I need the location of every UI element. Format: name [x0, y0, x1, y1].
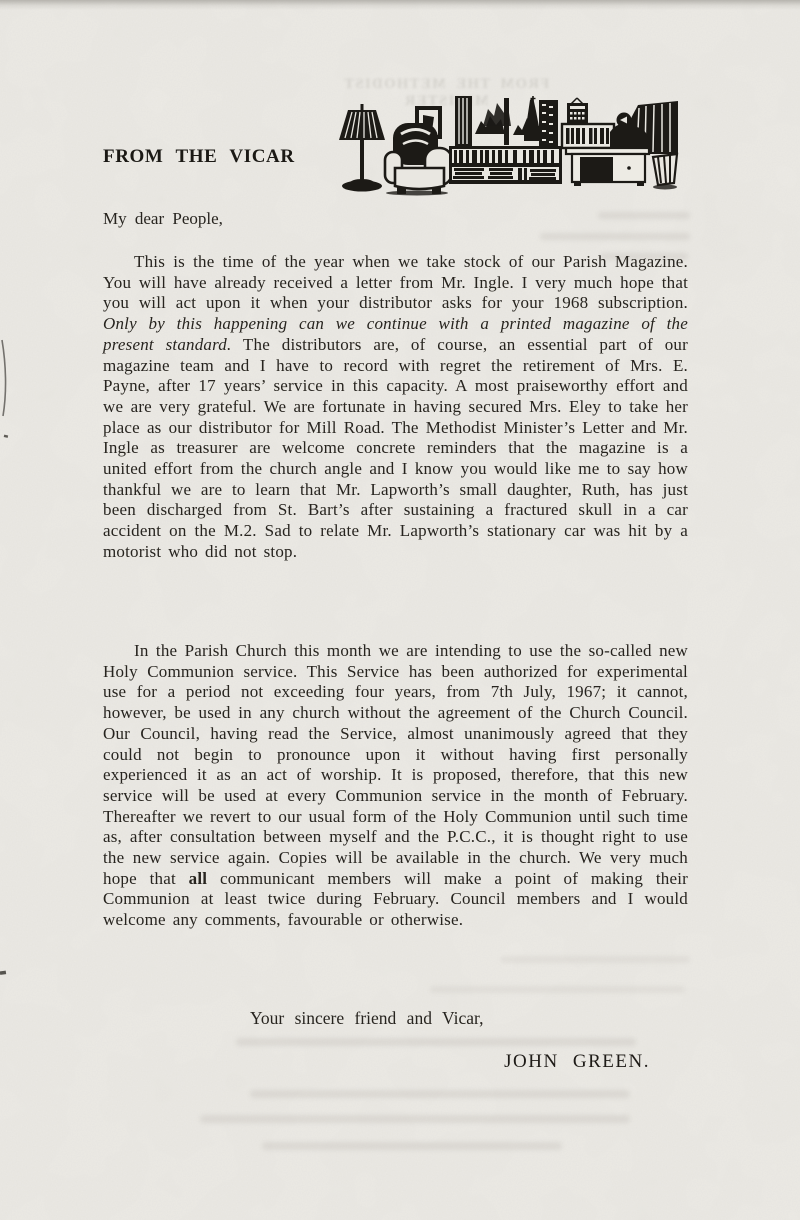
bleed-smudge: [598, 212, 690, 219]
salutation: My dear People,: [103, 209, 223, 229]
tall-bookcase-icon: [539, 100, 558, 150]
floor-lamp-icon: [339, 104, 385, 192]
scan-edge-marks: [0, 0, 40, 1220]
paragraph-magazine: This is the time of the year when we tak…: [103, 252, 688, 563]
window-scene-icon: [455, 96, 541, 146]
wall-calendar-icon: [567, 98, 588, 124]
bleed-smudge: [540, 233, 690, 240]
bleed-smudge: [200, 1115, 630, 1123]
bleed-smudge: [250, 1090, 630, 1098]
study-illustration: [333, 96, 692, 198]
scan-edge-shadow: [0, 0, 800, 10]
bleed-smudge: [236, 1038, 636, 1046]
bleed-smudge: [262, 1142, 562, 1150]
church-icon: [524, 96, 541, 141]
bleed-smudge: [430, 986, 685, 993]
bleed-smudge: [500, 956, 690, 963]
desk-icon: [566, 148, 649, 186]
wastebasket-icon: [653, 154, 677, 190]
paragraph-communion: In the Parish Church this month we are i…: [103, 641, 688, 931]
page-title: FROM THE VICAR: [103, 146, 295, 168]
desk-shelf-icon: [562, 124, 614, 148]
signature: JOHN GREEN.: [103, 1051, 688, 1073]
low-bookcase-icon: [449, 146, 562, 184]
magazine-page: FROM THE METHODIST MINISTER: [0, 0, 800, 1220]
closing-line: Your sincere friend and Vicar,: [250, 1008, 484, 1029]
